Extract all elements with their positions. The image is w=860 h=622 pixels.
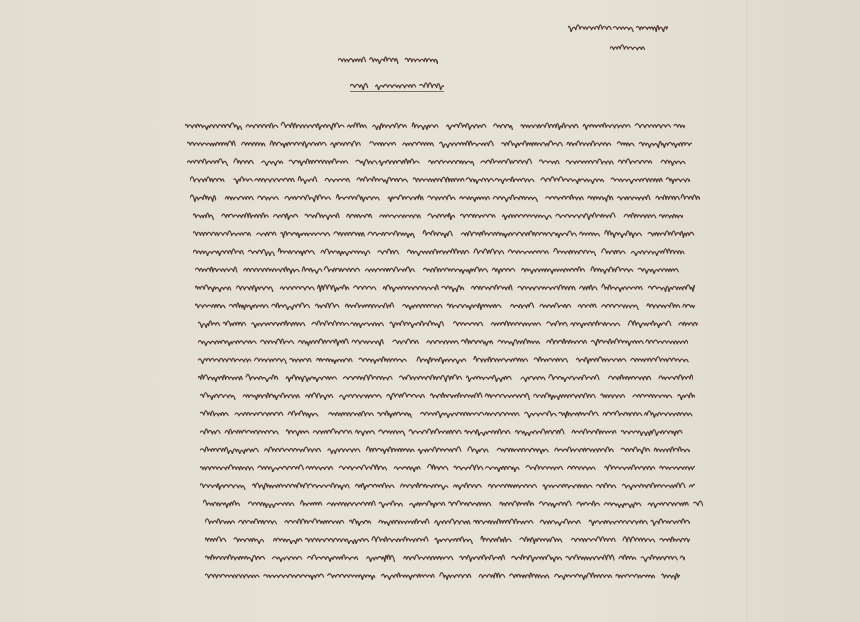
body-line-ink xyxy=(190,172,690,184)
body-line-ink xyxy=(200,478,695,490)
body-line-ink xyxy=(185,118,685,130)
body-line-ink xyxy=(200,406,695,418)
subheading-ink xyxy=(350,78,444,90)
body-line-ink xyxy=(200,424,690,436)
body-line-ink xyxy=(198,352,693,364)
body-line-ink xyxy=(198,370,693,382)
body-line-ink xyxy=(205,514,690,526)
letter-page: [illegible handwriting] [illegible handw… xyxy=(0,0,860,622)
body-line-ink xyxy=(200,388,695,400)
body-line-ink xyxy=(190,190,700,202)
body-line-ink xyxy=(200,442,690,454)
body-line-ink xyxy=(205,550,685,562)
body-line-ink xyxy=(203,496,703,508)
body-line-ink xyxy=(205,532,690,544)
subheading-underline xyxy=(350,91,444,92)
body-line-ink xyxy=(195,262,685,274)
body-line-ink xyxy=(187,136,692,148)
body-line-ink xyxy=(195,280,695,292)
body-line-ink xyxy=(193,226,698,238)
body-line-ink xyxy=(193,208,683,220)
body-line-ink xyxy=(198,334,688,346)
body-line-ink xyxy=(195,298,695,310)
body-line-ink xyxy=(200,460,695,472)
paper-fold-crease xyxy=(745,0,747,622)
body-line-ink xyxy=(187,154,687,166)
place-date-ink xyxy=(610,40,648,52)
body-line-ink xyxy=(205,568,680,580)
body-line-ink xyxy=(193,244,693,256)
body-line-ink xyxy=(198,316,698,328)
salutation-ink xyxy=(338,52,438,64)
place-date-ink xyxy=(568,20,668,32)
